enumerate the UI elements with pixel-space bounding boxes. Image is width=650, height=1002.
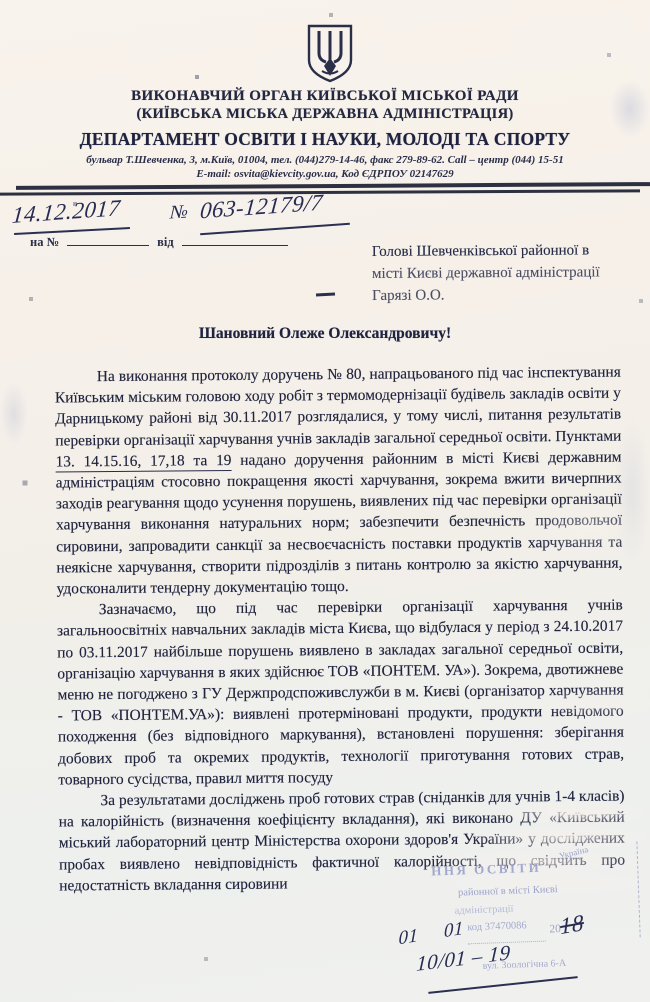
stamp-country-fragment: Україна [558, 844, 589, 861]
scan-smudge [610, 80, 650, 138]
from-label: від [157, 235, 174, 249]
outgoing-number-handwritten: 063-12179/7 [199, 190, 324, 225]
received-mark: 01 [444, 918, 464, 942]
on-number-label: на № [30, 235, 59, 249]
contact-address-line: бульвар Т.Шевченка, 3, м.Київ, 01004, те… [0, 154, 650, 166]
letterhead-divider-top [16, 182, 650, 190]
receipt-stamp: Україна ННЯ ОСВІТИ районної в місті Києв… [412, 839, 650, 999]
outgoing-date-handwritten: 14.12.2017 [11, 195, 122, 229]
recipient-line: Голові Шевченківської районної в [372, 239, 642, 263]
received-mark: 01 [398, 925, 418, 949]
reference-labels-row: на №від [30, 234, 288, 250]
scan-noise-specks [0, 0, 2, 2]
letter-body: На виконання протоколу доручень № 80, на… [55, 362, 626, 897]
recipient-line: Гарязі О.О. [372, 283, 642, 307]
org-name-line1: ВИКОНАВЧИЙ ОРГАН КИЇВСЬКОЇ МІСЬКОЇ РАДИ [0, 88, 650, 105]
ukraine-trident-icon [306, 24, 354, 84]
scan-smudge [614, 416, 650, 566]
contact-email-line: E-mail: osvita@kievcity.gov.ua, Код ЄДРП… [0, 168, 650, 180]
body-paragraph-1: На виконання протоколу доручень № 80, на… [55, 362, 623, 600]
department-name: ДЕПАРТАМЕНТ ОСВІТИ І НАУКИ, МОЛОДІ ТА СП… [0, 129, 650, 150]
body-paragraph-2: Зазначаємо, що під час перевірки організ… [57, 595, 625, 791]
scan-smudge [0, 382, 28, 446]
recipient-block: Голові Шевченківської районної в місті К… [372, 239, 642, 307]
salutation: Шановний Олеже Олександровичу! [0, 325, 650, 343]
paragraph-text: На виконання протоколу доручень № 80, на… [55, 364, 621, 450]
recipient-line: місті Києві державної адміністрації [372, 261, 642, 285]
stamp-district-fragment: районної в місті Києві [458, 884, 558, 898]
stamp-dashed-border [636, 841, 640, 937]
blank-line [182, 234, 288, 246]
underlined-protocol-points: 13. 14.15.16, 17,18 та 19 [55, 452, 231, 473]
scanned-letter-page: ВИКОНАВЧИЙ ОРГАН КИЇВСЬКОЇ МІСЬКОЇ РАДИ … [0, 0, 650, 1002]
blank-line [67, 234, 149, 246]
stamp-title-fragment: ННЯ ОСВІТИ [431, 860, 542, 880]
number-sign-handwritten: № [169, 201, 189, 224]
handwritten-year-crossed: 18 [560, 910, 585, 940]
org-name-line2: (КИЇВСЬКА МІСЬКА ДЕРЖАВНА АДМІНІСТРАЦІЯ) [0, 106, 650, 123]
handwritten-dash-mark [316, 293, 335, 296]
